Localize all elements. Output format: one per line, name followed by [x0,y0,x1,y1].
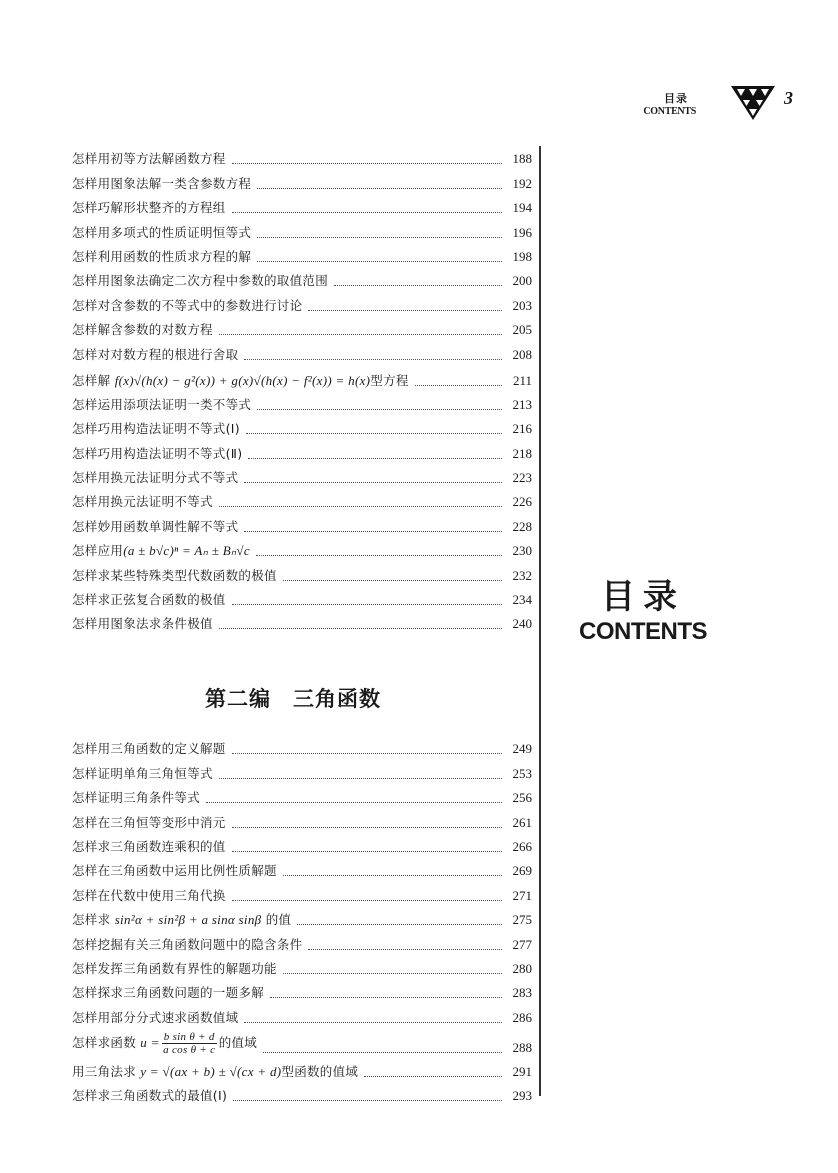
entry-title: 怎样对含参数的不等式中的参数进行讨论 [72,298,302,314]
side-title-cn: 目录 [578,577,708,617]
toc-entry[interactable]: 怎样用图象法解一类含参数方程192 [72,167,532,191]
leader-dots [232,850,502,852]
entry-page: 226 [508,494,532,510]
leader-dots [244,1021,502,1023]
toc-entry[interactable]: 用三角法求 y = √(ax + b) ± √(cx + d)型函数的值域291 [72,1056,532,1080]
toc-entry[interactable]: 怎样对含参数的不等式中的参数进行讨论203 [72,289,532,313]
entry-page: 192 [508,176,532,192]
math-formula: sin²α + sin²β + a sinα sinβ [115,912,262,927]
entry-page: 280 [508,961,532,977]
entry-page: 211 [508,373,532,389]
leader-dots [248,457,502,459]
entry-title: 怎样解含参数的对数方程 [72,322,213,338]
entry-title: 怎样探求三角函数问题的一题多解 [72,985,264,1001]
entry-page: 277 [508,937,532,953]
entry-title: 怎样利用函数的性质求方程的解 [72,249,251,265]
entry-page: 253 [508,766,532,782]
toc-entry[interactable]: 怎样利用函数的性质求方程的解198 [72,241,532,265]
entry-page: 196 [508,225,532,241]
leader-dots [219,333,502,335]
leader-dots [334,284,502,286]
entry-title: 用三角法求 y = √(ax + b) ± √(cx + d)型函数的值域 [72,1064,358,1080]
entry-page: 271 [508,888,532,904]
entry-title: 怎样在三角恒等变形中消元 [72,815,226,831]
leader-dots [219,777,502,779]
toc-entry[interactable]: 怎样在代数中使用三角代换271 [72,879,532,903]
entry-title: 怎样求三角函数连乘积的值 [72,839,226,855]
leader-dots [283,874,502,876]
entry-title: 怎样在代数中使用三角代换 [72,888,226,904]
toc-entry[interactable]: 怎样在三角函数中运用比例性质解题269 [72,855,532,879]
leader-dots [246,432,502,434]
toc-entry[interactable]: 怎样求函数 u =b sin θ + da cos θ + c的值域288 [72,1026,532,1056]
toc-entry[interactable]: 怎样求 sin²α + sin²β + a sinα sinβ 的值275 [72,904,532,928]
entry-title: 怎样解 f(x)√(h(x) − g²(x)) + g(x)√(h(x) − f… [72,373,409,389]
toc-entry[interactable]: 怎样对对数方程的根进行舍取208 [72,338,532,362]
entry-page: 232 [508,568,532,584]
toc-entry[interactable]: 怎样应用(a ± b√c)ⁿ = Aₙ ± Bₙ√c230 [72,535,532,559]
entry-title: 怎样求 sin²α + sin²β + a sinα sinβ 的值 [72,912,291,928]
toc-entry[interactable]: 怎样用多项式的性质证明恒等式196 [72,216,532,240]
entry-page: 203 [508,298,532,314]
entry-title: 怎样对对数方程的根进行舍取 [72,347,238,363]
toc-entry[interactable]: 怎样巧用构造法证明不等式(Ⅰ)216 [72,413,532,437]
toc-entry[interactable]: 怎样用换元法证明不等式226 [72,486,532,510]
leader-dots [308,948,502,950]
math-formula: y = √(ax + b) ± √(cx + d) [140,1064,281,1079]
leader-dots [244,481,502,483]
leader-dots [244,530,502,532]
entry-page: 218 [508,446,532,462]
toc-entry[interactable]: 怎样求三角函数式的最值(Ⅰ)293 [72,1080,532,1104]
toc-entry[interactable]: 怎样巧用构造法证明不等式(Ⅱ)218 [72,437,532,461]
entry-page: 216 [508,421,532,437]
toc-entry[interactable]: 怎样发挥三角函数有界性的解题功能280 [72,953,532,977]
entry-title: 怎样用图象法求条件极值 [72,616,213,632]
entry-title: 怎样巧用构造法证明不等式(Ⅰ) [72,421,240,437]
entry-title: 怎样证明三角条件等式 [72,790,200,806]
triangle-emblem-icon [730,84,776,122]
header-title-cn: 目录 [664,90,688,106]
leader-dots [308,309,502,311]
entry-title: 怎样用图象法确定二次方程中参数的取值范围 [72,273,328,289]
entry-page: 286 [508,1010,532,1026]
entry-title: 怎样用图象法解一类含参数方程 [72,176,251,192]
leader-dots [257,408,502,410]
entry-page: 291 [508,1064,532,1080]
entry-title: 怎样求正弦复合函数的极值 [72,592,226,608]
entry-page: 198 [508,249,532,265]
toc-entry[interactable]: 怎样巧解形状整齐的方程组194 [72,192,532,216]
part-name: 三角函数 [293,686,381,711]
part-label: 第二编 [205,686,271,711]
toc-entry[interactable]: 怎样运用添项法证明一类不等式213 [72,389,532,413]
entry-page: 228 [508,519,532,535]
entry-title: 怎样巧解形状整齐的方程组 [72,200,226,216]
toc-entry[interactable]: 怎样探求三角函数问题的一题多解283 [72,977,532,1001]
leader-dots [270,996,502,998]
leader-dots [415,384,502,386]
entry-page: 266 [508,839,532,855]
entry-page: 256 [508,790,532,806]
leader-dots [219,627,502,629]
leader-dots [206,801,502,803]
column-divider [539,146,541,1096]
entry-title: 怎样运用添项法证明一类不等式 [72,397,251,413]
page-number: 3 [784,88,793,109]
toc-entry[interactable]: 怎样妙用函数单调性解不等式228 [72,510,532,534]
toc-entry[interactable]: 怎样在三角恒等变形中消元261 [72,806,532,830]
fraction: b sin θ + da cos θ + c [162,1031,217,1056]
entry-title: 怎样用初等方法解函数方程 [72,151,226,167]
leader-dots [257,260,502,262]
leader-dots [219,505,502,507]
entry-page: 200 [508,273,532,289]
leader-dots [232,752,502,754]
entry-page: 275 [508,912,532,928]
entry-title: 怎样妙用函数单调性解不等式 [72,519,238,535]
header-title-en: CONTENTS [643,106,696,117]
entry-title: 怎样巧用构造法证明不等式(Ⅱ) [72,446,242,462]
math-formula: (a ± b√c)ⁿ = Aₙ ± Bₙ√c [123,543,250,558]
leader-dots [232,603,502,605]
entry-title: 怎样应用(a ± b√c)ⁿ = Aₙ ± Bₙ√c [72,543,250,559]
math-formula: u = [140,1035,159,1050]
toc-section-2: 怎样用三角函数的定义解题249 怎样证明单角三角恒等式253 怎样证明三角条件等… [72,733,532,1104]
chapter-side-title: 目录 CONTENTS [578,577,708,647]
toc-section-1: 怎样用初等方法解函数方程188 怎样用图象法解一类含参数方程192 怎样巧解形状… [72,143,532,632]
toc-entry[interactable]: 怎样解 f(x)√(h(x) − g²(x)) + g(x)√(h(x) − f… [72,363,532,389]
running-header: 目录 CONTENTS 3 [640,90,800,140]
leader-dots [263,1051,502,1053]
toc-entry[interactable]: 怎样用部分分式速求函数值域286 [72,1001,532,1025]
entry-page: 223 [508,470,532,486]
toc-entry[interactable]: 怎样求三角函数连乘积的值266 [72,831,532,855]
leader-dots [257,236,502,238]
entry-title: 怎样求函数 u =b sin θ + da cos θ + c的值域 [72,1031,257,1056]
entry-title: 怎样用换元法证明分式不等式 [72,470,238,486]
entry-title: 怎样挖掘有关三角函数问题中的隐含条件 [72,937,302,953]
side-title-en: CONTENTS [578,617,708,647]
math-formula: f(x)√(h(x) − g²(x)) + g(x)√(h(x) − f²(x)… [115,373,371,388]
entry-page: 234 [508,592,532,608]
toc-entry[interactable]: 怎样求某些特殊类型代数函数的极值232 [72,559,532,583]
entry-page: 249 [508,741,532,757]
entry-title: 怎样证明单角三角恒等式 [72,766,213,782]
entry-page: 269 [508,863,532,879]
entry-title: 怎样用多项式的性质证明恒等式 [72,225,251,241]
toc-entry[interactable]: 怎样解含参数的对数方程205 [72,314,532,338]
entry-page: 194 [508,200,532,216]
toc-entry[interactable]: 怎样用三角函数的定义解题249 [72,733,532,757]
leader-dots [297,923,502,925]
toc-entry[interactable]: 怎样证明单角三角恒等式253 [72,757,532,781]
entry-title: 怎样求三角函数式的最值(Ⅰ) [72,1088,227,1104]
entry-page: 283 [508,985,532,1001]
toc-entry[interactable]: 怎样证明三角条件等式256 [72,782,532,806]
toc-entry[interactable]: 怎样用换元法证明分式不等式223 [72,462,532,486]
entry-title: 怎样用换元法证明不等式 [72,494,213,510]
toc-entry[interactable]: 怎样用图象法求条件极值240 [72,608,532,632]
leader-dots [283,972,502,974]
toc-entry[interactable]: 怎样求正弦复合函数的极值234 [72,584,532,608]
entry-page: 288 [508,1040,532,1056]
leader-dots [364,1075,502,1077]
entry-page: 240 [508,616,532,632]
toc-entry[interactable]: 怎样用初等方法解函数方程188 [72,143,532,167]
entry-page: 205 [508,322,532,338]
entry-title: 怎样求某些特殊类型代数函数的极值 [72,568,277,584]
toc-entry[interactable]: 怎样挖掘有关三角函数问题中的隐含条件277 [72,928,532,952]
leader-dots [232,899,502,901]
entry-page: 188 [508,151,532,167]
entry-title: 怎样用三角函数的定义解题 [72,741,226,757]
entry-page: 208 [508,347,532,363]
part-heading[interactable]: 第二编三角函数 [205,683,381,713]
leader-dots [256,554,502,556]
leader-dots [233,1099,502,1101]
entry-title: 怎样在三角函数中运用比例性质解题 [72,863,277,879]
leader-dots [232,162,502,164]
entry-page: 230 [508,543,532,559]
leader-dots [244,358,502,360]
toc-entry[interactable]: 怎样用图象法确定二次方程中参数的取值范围200 [72,265,532,289]
entry-title: 怎样发挥三角函数有界性的解题功能 [72,961,277,977]
leader-dots [232,826,502,828]
entry-page: 213 [508,397,532,413]
entry-page: 261 [508,815,532,831]
leader-dots [257,187,502,189]
entry-page: 293 [508,1088,532,1104]
entry-title: 怎样用部分分式速求函数值域 [72,1010,238,1026]
leader-dots [283,579,502,581]
leader-dots [232,211,502,213]
